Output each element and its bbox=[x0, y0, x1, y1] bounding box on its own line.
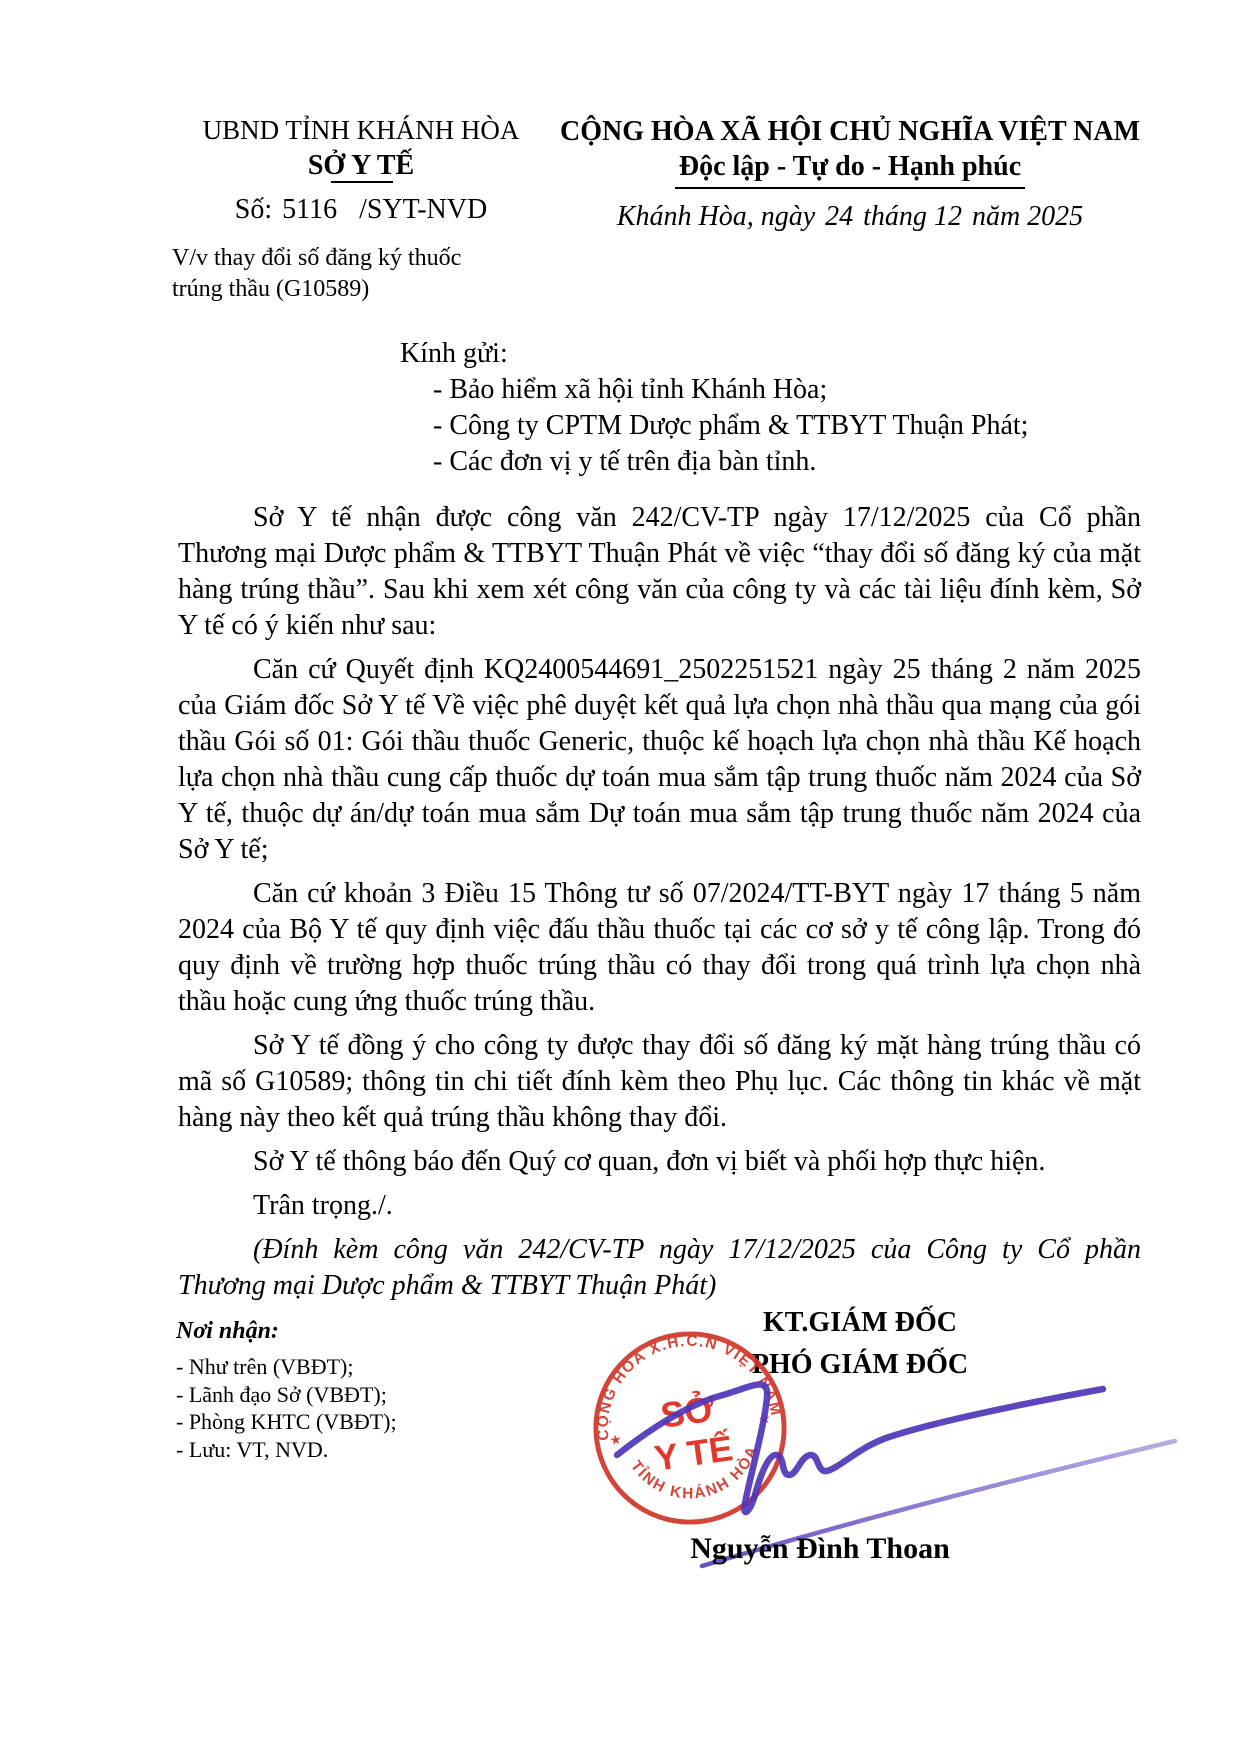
subject-line-1: V/v thay đổi số đăng ký thuốc bbox=[172, 243, 572, 274]
place-and-date: Khánh Hòa, ngày24tháng 12năm 2025 bbox=[558, 201, 1142, 233]
recipient-item: - Các đơn vị y tế trên địa bàn tỉnh. bbox=[400, 444, 1100, 480]
distribution-block: Nơi nhận: - Như trên (VBĐT); - Lãnh đạo … bbox=[176, 1318, 596, 1463]
date-month: 12 bbox=[934, 201, 962, 232]
distribution-item: - Lưu: VT, NVD. bbox=[176, 1436, 596, 1464]
document-subject: V/v thay đổi số đăng ký thuốc trúng thầu… bbox=[172, 243, 572, 305]
national-name: CỘNG HÒA XÃ HỘI CHỦ NGHĨA VIỆT NAM bbox=[558, 116, 1142, 148]
paragraph: Căn cứ khoản 3 Điều 15 Thông tư số 07/20… bbox=[178, 876, 1141, 1020]
document-number-line: Số:5116/SYT-NVD bbox=[155, 194, 567, 226]
paragraph: Sở Y tế thông báo đến Quý cơ quan, đơn v… bbox=[178, 1144, 1141, 1180]
paragraph: Căn cứ Quyết định KQ2400544691_250225152… bbox=[178, 652, 1141, 868]
distribution-item: - Như trên (VBĐT); bbox=[176, 1353, 596, 1381]
header-left-column: UBND TỈNH KHÁNH HÒA SỞ Y TẾ bbox=[155, 114, 567, 182]
recipient-item: - Công ty CPTM Dược phẩm & TTBYT Thuận P… bbox=[400, 408, 1100, 444]
distribution-item: - Lãnh đạo Sở (VBĐT); bbox=[176, 1381, 596, 1409]
signer-name: Nguyễn Đình Thoan bbox=[690, 1532, 950, 1566]
issuing-authority-parent: UBND TỈNH KHÁNH HÒA bbox=[155, 114, 567, 147]
document-number-label: Số: bbox=[235, 194, 272, 225]
date-year: 2025 bbox=[1027, 201, 1083, 232]
recipients-block: Kính gửi: - Bảo hiểm xã hội tỉnh Khánh H… bbox=[400, 336, 1100, 480]
distribution-item: - Phòng KHTC (VBĐT); bbox=[176, 1408, 596, 1436]
distribution-label: Nơi nhận: bbox=[176, 1318, 596, 1345]
paragraph: Sở Y tế nhận được công văn 242/CV-TP ngà… bbox=[178, 500, 1141, 644]
document-body: Sở Y tế nhận được công văn 242/CV-TP ngà… bbox=[178, 500, 1141, 1312]
issuing-authority: SỞ Y TẾ bbox=[155, 149, 567, 182]
issuing-authority-underline bbox=[331, 181, 393, 183]
document-number: 5116 bbox=[282, 194, 337, 226]
document-number-suffix: /SYT-NVD bbox=[359, 194, 487, 226]
salutation: Kính gửi: bbox=[400, 336, 1100, 372]
national-motto: Độc lập - Tự do - Hạnh phúc bbox=[558, 150, 1142, 189]
header-right-column: CỘNG HÒA XÃ HỘI CHỦ NGHĨA VIỆT NAM Độc l… bbox=[558, 116, 1142, 233]
recipient-item: - Bảo hiểm xã hội tỉnh Khánh Hòa; bbox=[400, 372, 1100, 408]
paragraph: Sở Y tế đồng ý cho công ty được thay đổi… bbox=[178, 1028, 1141, 1136]
document-page: UBND TỈNH KHÁNH HÒA SỞ Y TẾ Số:5116/SYT-… bbox=[0, 0, 1241, 1754]
subject-line-2: trúng thầu (G10589) bbox=[172, 274, 572, 305]
closing-paragraph: Trân trọng./. bbox=[178, 1188, 1141, 1224]
date-day: 24 bbox=[825, 201, 853, 232]
